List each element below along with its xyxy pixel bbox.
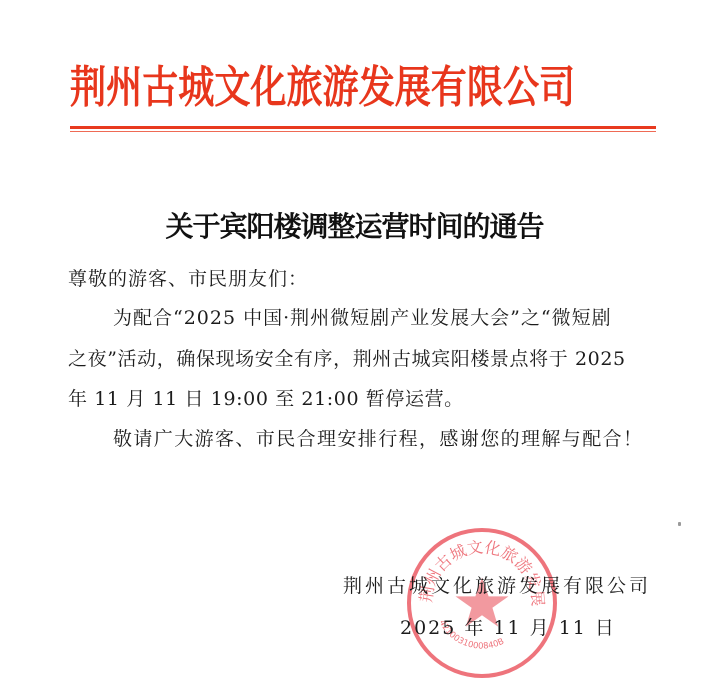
paragraph2: 敬请广大游客、市民合理安排行程，感谢您的理解与配合！	[113, 426, 643, 452]
paragraph1-line3: 年 11 月 11 日 19:00 至 21:00 暂停运营。	[68, 386, 464, 412]
paragraph1-line1: 为配合“2025 中国·荆州微短剧产业发展大会”之“微短剧	[113, 305, 612, 331]
greeting: 尊敬的游客、市民朋友们：	[68, 266, 308, 292]
notice-title: 关于宾阳楼调整运营时间的通告	[0, 205, 709, 245]
letterhead-rule-thick	[70, 126, 656, 129]
letterhead-company-name: 荆州古城文化旅游发展有限公司	[70, 58, 562, 118]
scan-speck	[678, 522, 681, 526]
seal-star-icon: 荆州古城文化旅游发展有限公司 4210031000840B	[411, 532, 553, 674]
letterhead-rule-thin	[70, 131, 656, 132]
official-seal: 荆州古城文化旅游发展有限公司 4210031000840B	[407, 528, 557, 678]
signature-date: 2025 年 11 月 11 日	[400, 615, 616, 641]
paragraph1-line2: 之夜”活动，确保现场安全有序，荆州古城宾阳楼景点将于 2025	[68, 346, 626, 372]
signature-company: 荆州古城文化旅游发展有限公司	[343, 573, 651, 599]
